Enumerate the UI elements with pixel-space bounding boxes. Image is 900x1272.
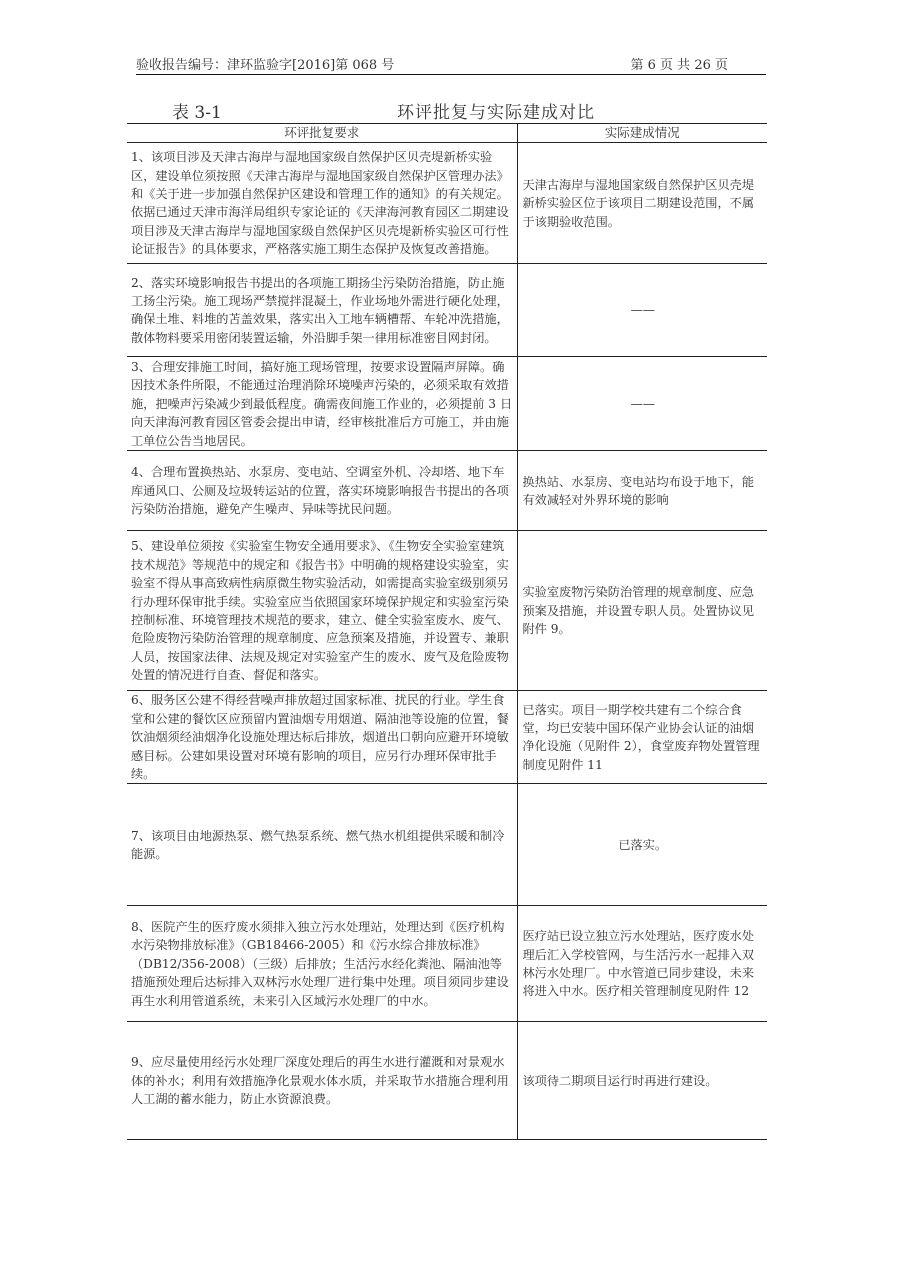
table-row: 4、合理布置换热站、水泵房、变电站、空调室外机、冷却塔、地下车库通风口、公厕及垃… [127,451,767,531]
requirement-cell: 9、应尽量使用经污水处理厂深度处理后的再生水进行灌溉和对景观水体的补水；利用有效… [127,1022,517,1140]
requirement-cell: 8、医院产生的医疗废水须排入独立污水处理站，处理达到《医疗机构水污染物排放标准》… [127,906,517,1022]
table-row: 5、建设单位须按《实验室生物安全通用要求》、《生物安全实验室建筑技术规范》等规范… [127,531,767,691]
actual-cell: 换热站、水泵房、变电站均布设于地下，能有效减轻对外界环境的影响 [517,451,767,531]
page-number: 第 6 页 共 26 页 [631,54,728,73]
actual-cell: 医疗站已设立独立污水处理站，医疗废水处理后汇入学校管网，与生活污水一起排入双林污… [517,906,767,1022]
table-row: 9、应尽量使用经污水处理厂深度处理后的再生水进行灌溉和对景观水体的补水；利用有效… [127,1022,767,1140]
table-row: 2、落实环境影响报告书提出的各项施工期扬尘污染防治措施，防止施工扬尘污染。施工现… [127,264,767,357]
comparison-table: 环评批复要求 实际建成情况 1、该项目涉及天津古海岸与湿地国家级自然保护区贝壳堤… [127,123,767,1140]
table-number: 表 3-1 [172,98,222,123]
requirement-cell: 3、合理安排施工时间，搞好施工现场管理，按要求设置隔声屏障。确因技术条件所限，不… [127,357,517,451]
column-header-requirement: 环评批复要求 [127,124,517,143]
table-caption: 表 3-1 环评批复与实际建成对比 [127,98,767,122]
requirement-cell: 2、落实环境影响报告书提出的各项施工期扬尘污染防治措施，防止施工扬尘污染。施工现… [127,264,517,357]
requirement-cell: 7、该项目由地源热泵、燃气热泵系统、燃气热水机组提供采暖和制冷能源。 [127,784,517,906]
table-title: 环评批复与实际建成对比 [397,98,595,123]
requirement-cell: 6、服务区公建不得经营噪声排放超过国家标准、扰民的行业。学生食堂和公建的餐饮区应… [127,691,517,784]
actual-cell: —— [517,357,767,451]
table-row: 6、服务区公建不得经营噪声排放超过国家标准、扰民的行业。学生食堂和公建的餐饮区应… [127,691,767,784]
table-header-row: 环评批复要求 实际建成情况 [127,124,767,143]
column-header-actual: 实际建成情况 [517,124,767,143]
report-number: 验收报告编号：津环监验字[2016]第 068 号 [136,54,394,73]
table-row: 7、该项目由地源热泵、燃气热泵系统、燃气热水机组提供采暖和制冷能源。已落实。 [127,784,767,906]
actual-cell: 已落实。 [517,784,767,906]
page-header: 验收报告编号：津环监验字[2016]第 068 号 第 6 页 共 26 页 [136,52,766,75]
actual-cell: 该项待二期项目运行时再进行建设。 [517,1022,767,1140]
actual-cell: 已落实。项目一期学校共建有二个综合食堂，均已安装中国环保产业协会认证的油烟净化设… [517,691,767,784]
requirement-cell: 4、合理布置换热站、水泵房、变电站、空调室外机、冷却塔、地下车库通风口、公厕及垃… [127,451,517,531]
actual-cell: —— [517,264,767,357]
table-row: 3、合理安排施工时间，搞好施工现场管理，按要求设置隔声屏障。确因技术条件所限，不… [127,357,767,451]
actual-cell: 天津古海岸与湿地国家级自然保护区贝壳堤新桥实验区位于该项目二期建设范围，不属于该… [517,143,767,264]
requirement-cell: 1、该项目涉及天津古海岸与湿地国家级自然保护区贝壳堤新桥实验区，建设单位须按照《… [127,143,517,264]
table-row: 1、该项目涉及天津古海岸与湿地国家级自然保护区贝壳堤新桥实验区，建设单位须按照《… [127,143,767,264]
actual-cell: 实验室废物污染防治管理的规章制度、应急预案及措施，并设置专职人员。处置协议见附件… [517,531,767,691]
table-row: 8、医院产生的医疗废水须排入独立污水处理站，处理达到《医疗机构水污染物排放标准》… [127,906,767,1022]
requirement-cell: 5、建设单位须按《实验室生物安全通用要求》、《生物安全实验室建筑技术规范》等规范… [127,531,517,691]
